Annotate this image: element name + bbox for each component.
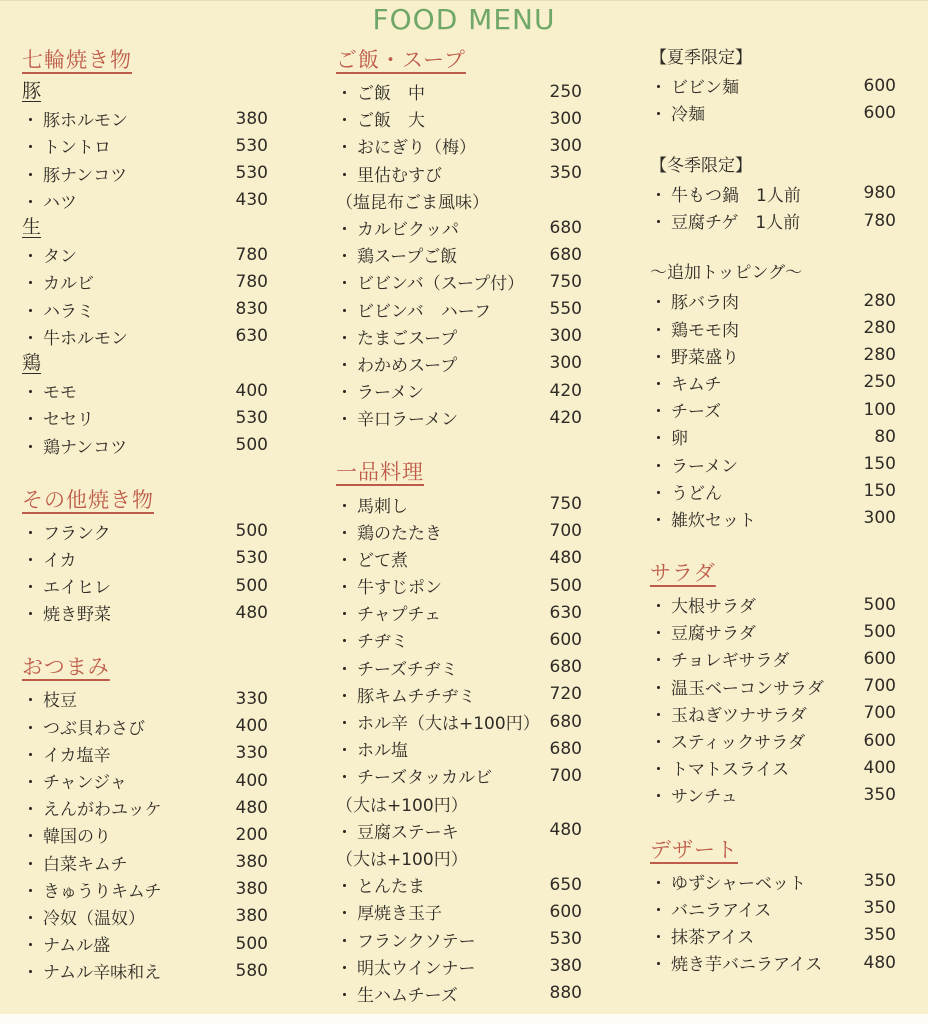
item-bullet: ・ [22, 741, 39, 766]
menu-item-row: ・生ハムチーズ880 [336, 980, 582, 1007]
item-note-text: （大は+100円） [336, 845, 468, 870]
item-price: 380 [236, 109, 268, 129]
menu-item-row: ・チーズ100 [650, 396, 896, 423]
item-name: 豆腐チゲ 1人前 [671, 208, 800, 233]
menu-item-row: ・明太ウインナー380 [336, 953, 582, 980]
item-bullet: ・ [22, 433, 39, 458]
item-name: 里估むすび [357, 161, 442, 186]
item-bullet: ・ [336, 351, 353, 376]
item-price: 830 [236, 299, 268, 319]
item-bullet: ・ [336, 954, 353, 979]
item-bullet: ・ [22, 378, 39, 403]
item-price: 350 [864, 898, 896, 918]
item-name-wrap: ・わかめスープ [336, 351, 457, 376]
menu-item-row: ・里估むすび350 [336, 160, 582, 187]
item-price: 500 [236, 934, 268, 954]
section-heading: ご飯・スープ [336, 45, 582, 75]
item-name-wrap: ・ホル辛（大は+100円） [336, 709, 540, 734]
item-name: わかめスープ [357, 351, 457, 376]
item-name-wrap: ・辛口ラーメン [336, 405, 458, 430]
item-price: 280 [864, 291, 896, 311]
menu-item-row: ・豆腐チゲ 1人前780 [650, 207, 896, 234]
item-bullet: ・ [650, 316, 667, 341]
item-bullet: ・ [650, 397, 667, 422]
item-name: 豚キムチチヂミ [357, 682, 476, 707]
item-name: うどん [671, 479, 722, 504]
item-bullet: ・ [336, 573, 353, 598]
item-name: チーズチヂミ [357, 655, 458, 680]
item-price: 720 [550, 684, 582, 704]
menu-item-row: ・牛すじポン500 [336, 572, 582, 599]
item-name-wrap: ・豆腐チゲ 1人前 [650, 208, 800, 233]
item-bullet: ・ [336, 872, 353, 897]
menu-item-row: ・鶏ナンコツ500 [22, 431, 268, 458]
item-price: 680 [550, 712, 582, 732]
item-name: モモ [43, 378, 77, 403]
item-price: 530 [236, 408, 268, 428]
item-name: 冷麺 [671, 100, 705, 125]
item-name-wrap: ・スティックサラダ [650, 728, 805, 753]
item-name-wrap: ・豚バラ肉 [650, 288, 739, 313]
item-name-wrap: ・牛もつ鍋 1人前 [650, 181, 801, 206]
item-name-wrap: ・フランクソテー [336, 927, 476, 952]
item-name-wrap: ・トントロ [22, 133, 111, 158]
menu-item-row: ・とんたま650 [336, 871, 582, 898]
menu-item-row: ・ホル塩680 [336, 735, 582, 762]
menu-item-row: ・厚焼き玉子600 [336, 898, 582, 925]
menu-item-row: ・カルビ780 [22, 268, 268, 295]
menu-item-row: ・ご飯 中250 [336, 78, 582, 105]
item-name-wrap: ・イカ [22, 546, 77, 571]
menu-column-center: ご飯・スープ・ご飯 中250・ご飯 大300・おにぎり（梅）300・里估むすび3… [336, 1, 582, 1007]
menu-item-row: ・フランクソテー530 [336, 925, 582, 952]
section-heading: その他焼き物 [22, 485, 268, 515]
item-name-wrap: ・キムチ [650, 370, 722, 395]
item-name: ご飯 大 [357, 106, 425, 131]
item-name: 鶏モモ肉 [671, 316, 739, 341]
item-name: 枝豆 [43, 686, 77, 711]
item-bullet: ・ [22, 161, 39, 186]
item-name-wrap: ・うどん [650, 479, 722, 504]
item-name-wrap: ・サンチュ [650, 782, 738, 807]
item-name: チョレギサラダ [671, 646, 789, 671]
item-bullet: ・ [336, 818, 353, 843]
item-name-wrap: ・チヂミ [336, 627, 408, 652]
item-bullet: ・ [336, 378, 353, 403]
menu-section: 七輪焼き物豚・豚ホルモン380・トントロ530・豚ナンコツ530・ハツ430生・… [22, 45, 268, 459]
menu-item-row: ・焼き野菜480 [22, 599, 268, 626]
item-price: 750 [550, 494, 582, 514]
item-bullet: ・ [650, 479, 667, 504]
item-bullet: ・ [336, 133, 353, 158]
item-bullet: ・ [650, 950, 667, 975]
menu-item-row: ・ホル辛（大は+100円）680 [336, 708, 582, 735]
item-name-wrap: ・韓国のり [22, 822, 111, 847]
menu-item-row: ・チャプチェ630 [336, 599, 582, 626]
menu-item-row: ・どて煮480 [336, 545, 582, 572]
item-name-wrap: ・ご飯 大 [336, 106, 425, 131]
menu-item-row: ・イカ塩辛330 [22, 740, 268, 767]
item-name-wrap: ・豚ホルモン [22, 106, 128, 131]
item-price: 200 [236, 825, 268, 845]
item-bullet: ・ [336, 492, 353, 517]
menu-item-row: ・セセリ530 [22, 404, 268, 431]
item-price: 500 [236, 521, 268, 541]
menu-item-row: ・豚ナンコツ530 [22, 160, 268, 187]
item-bullet: ・ [336, 981, 353, 1006]
menu-item-row: ・豆腐サラダ500 [650, 618, 896, 645]
item-name-wrap: ・雑炊セット [650, 506, 756, 531]
menu-item-row: ・豚ホルモン380 [22, 105, 268, 132]
item-price: 680 [550, 657, 582, 677]
item-price: 680 [550, 245, 582, 265]
item-name: チャンジャ [43, 768, 127, 793]
item-name: ラーメン [357, 378, 424, 403]
item-name-wrap: ・ビビンバ（スープ付） [336, 269, 524, 294]
item-bullet: ・ [22, 324, 39, 349]
item-name: タン [43, 242, 77, 267]
item-name-wrap: ・フランク [22, 519, 111, 544]
item-price: 780 [236, 272, 268, 292]
item-price: 150 [864, 454, 896, 474]
item-price: 300 [550, 109, 582, 129]
item-price: 480 [550, 820, 582, 840]
menu-item-row: ・白菜キムチ380 [22, 849, 268, 876]
item-name: 牛もつ鍋 1人前 [671, 181, 801, 206]
item-price: 300 [864, 508, 896, 528]
item-price: 580 [236, 961, 268, 981]
menu-item-note: （大は+100円） [336, 790, 582, 817]
item-bullet: ・ [336, 297, 353, 322]
item-price: 530 [550, 929, 582, 949]
menu-item-row: ・チョレギサラダ600 [650, 645, 896, 672]
item-bullet: ・ [336, 215, 353, 240]
item-bullet: ・ [650, 506, 667, 531]
menu-item-row: ・イカ530 [22, 545, 268, 572]
item-name: たまごスープ [357, 324, 457, 349]
item-name: 大根サラダ [671, 592, 756, 617]
item-price: 480 [236, 603, 268, 623]
item-name-wrap: ・ナムル盛 [22, 931, 110, 956]
item-name-wrap: ・バニラアイス [650, 896, 771, 921]
subsection-heading: 鶏 [22, 350, 268, 377]
menu-section: 一品料理・馬刺し750・鶏のたたき700・どて煮480・牛すじポン500・チャプ… [336, 457, 582, 1007]
item-bullet: ・ [336, 899, 353, 924]
item-bullet: ・ [650, 73, 667, 98]
item-name-wrap: ・抹茶アイス [650, 923, 754, 948]
item-name-wrap: ・カルビクッパ [336, 215, 459, 240]
menu-item-row: ・キムチ250 [650, 369, 896, 396]
item-price: 480 [864, 953, 896, 973]
menu-item-note: （大は+100円） [336, 844, 582, 871]
item-name: ご飯 中 [357, 79, 425, 104]
item-bullet: ・ [22, 269, 39, 294]
item-price: 380 [236, 879, 268, 899]
item-bullet: ・ [336, 106, 353, 131]
item-name: 焼き芋バニラアイス [671, 950, 822, 975]
menu-section: 【夏季限定】・ビビン麺600・冷麺600 [650, 45, 896, 127]
item-price: 700 [550, 521, 582, 541]
item-name: サンチュ [671, 782, 738, 807]
item-name-wrap: ・豆腐サラダ [650, 619, 756, 644]
item-price: 500 [550, 576, 582, 596]
item-bullet: ・ [650, 896, 667, 921]
item-bullet: ・ [650, 370, 667, 395]
item-bullet: ・ [22, 600, 39, 625]
menu-item-row: ・ビビンバ ハーフ550 [336, 296, 582, 323]
item-price: 250 [550, 82, 582, 102]
item-name: 豚ナンコツ [43, 161, 127, 186]
menu-item-row: ・玉ねぎツナサラダ700 [650, 700, 896, 727]
menu-item-row: ・韓国のり200 [22, 821, 268, 848]
item-name-wrap: ・焼き芋バニラアイス [650, 950, 822, 975]
item-name: ホル辛（大は+100円） [357, 709, 540, 734]
item-name: 厚焼き玉子 [357, 899, 442, 924]
item-name: カルビ [43, 269, 94, 294]
item-name-wrap: ・ビビンバ ハーフ [336, 297, 491, 322]
item-name-wrap: ・モモ [22, 378, 77, 403]
item-bullet: ・ [650, 782, 667, 807]
item-bullet: ・ [650, 288, 667, 313]
item-name-wrap: ・野菜盛り [650, 343, 739, 368]
menu-item-row: ・たまごスープ300 [336, 323, 582, 350]
menu-item-row: ・ハラミ830 [22, 296, 268, 323]
menu-item-row: ・豚バラ肉280 [650, 287, 896, 314]
item-price: 430 [236, 190, 268, 210]
menu-section: その他焼き物・フランク500・イカ530・エイヒレ500・焼き野菜480 [22, 485, 268, 627]
item-price: 400 [236, 381, 268, 401]
item-bullet: ・ [22, 546, 39, 571]
item-price: 780 [236, 245, 268, 265]
item-bullet: ・ [650, 343, 667, 368]
item-name: えんがわユッケ [43, 795, 162, 820]
item-bullet: ・ [336, 519, 353, 544]
item-name-wrap: ・焼き野菜 [22, 600, 111, 625]
menu-section: おつまみ・枝豆330・つぶ貝わさび400・イカ塩辛330・チャンジャ400・えん… [22, 652, 268, 984]
menu-item-row: ・チーズタッカルビ700 [336, 762, 582, 789]
item-name: ビビンバ（スープ付） [357, 269, 524, 294]
menu-item-row: ・つぶ貝わさび400 [22, 713, 268, 740]
item-price: 350 [864, 925, 896, 945]
item-name-wrap: ・豆腐ステーキ [336, 818, 459, 843]
item-name: イカ塩辛 [43, 741, 111, 766]
item-bullet: ・ [650, 619, 667, 644]
menu-item-row: ・ハツ430 [22, 187, 268, 214]
item-price: 630 [236, 326, 268, 346]
item-bullet: ・ [650, 100, 667, 125]
section-heading: 【冬季限定】 [650, 153, 896, 180]
bottom-margin-strip [0, 1014, 928, 1024]
item-bullet: ・ [336, 546, 353, 571]
item-price: 700 [864, 676, 896, 696]
item-name-wrap: ・ラーメン [336, 378, 424, 403]
item-price: 350 [864, 871, 896, 891]
item-bullet: ・ [22, 133, 39, 158]
menu-item-row: ・ナムル辛味和え580 [22, 957, 268, 984]
item-price: 630 [550, 603, 582, 623]
menu-item-row: ・えんがわユッケ480 [22, 794, 268, 821]
item-name-wrap: ・ホル塩 [336, 736, 408, 761]
item-bullet: ・ [336, 324, 353, 349]
menu-item-row: ・エイヒレ500 [22, 572, 268, 599]
item-price: 100 [864, 400, 896, 420]
item-price: 500 [864, 595, 896, 615]
menu-item-row: ・ビビンバ（スープ付）750 [336, 268, 582, 295]
item-name: きゅうりキムチ [43, 877, 162, 902]
item-name-wrap: ・豚ナンコツ [22, 161, 127, 186]
item-name: 生ハムチーズ [357, 981, 458, 1006]
item-name: 豚ホルモン [43, 106, 128, 131]
item-name: ラーメン [671, 452, 738, 477]
item-price: 550 [550, 299, 582, 319]
item-name-wrap: ・ラーメン [650, 452, 738, 477]
item-name: 豚バラ肉 [671, 288, 739, 313]
item-note-text: （塩昆布ごま風味） [336, 188, 489, 213]
item-name-wrap: ・ナムル辛味和え [22, 958, 161, 983]
item-bullet: ・ [336, 709, 353, 734]
item-name: セセリ [43, 405, 94, 430]
subsection-heading: 豚 [22, 78, 268, 105]
section-heading: おつまみ [22, 652, 268, 682]
item-name-wrap: ・チーズチヂミ [336, 655, 458, 680]
menu-item-row: ・カルビクッパ680 [336, 214, 582, 241]
item-price: 500 [864, 622, 896, 642]
item-price: 700 [864, 703, 896, 723]
item-price: 600 [550, 630, 582, 650]
item-name: 鶏のたたき [357, 519, 442, 544]
item-name-wrap: ・鶏スープご飯 [336, 242, 457, 267]
item-name-wrap: ・鶏ナンコツ [22, 433, 127, 458]
item-name-wrap: ・セセリ [22, 405, 94, 430]
menu-item-row: ・モモ400 [22, 377, 268, 404]
item-bullet: ・ [650, 701, 667, 726]
item-name: キムチ [671, 370, 722, 395]
item-bullet: ・ [336, 79, 353, 104]
item-name: ナムル辛味和え [43, 958, 161, 983]
item-price: 500 [236, 576, 268, 596]
item-name: 牛すじポン [357, 573, 442, 598]
section-heading: 七輪焼き物 [22, 45, 268, 75]
item-price: 980 [864, 183, 896, 203]
item-name-wrap: ・ハラミ [22, 297, 94, 322]
item-bullet: ・ [336, 405, 353, 430]
item-price: 280 [864, 345, 896, 365]
item-name-wrap: ・カルビ [22, 269, 94, 294]
item-name-wrap: ・牛ホルモン [22, 324, 128, 349]
item-name: ホル塩 [357, 736, 408, 761]
item-name: 韓国のり [43, 822, 111, 847]
item-bullet: ・ [650, 181, 667, 206]
menu-item-row: ・スティックサラダ600 [650, 727, 896, 754]
item-bullet: ・ [650, 424, 667, 449]
item-name: どて煮 [357, 546, 408, 571]
item-bullet: ・ [22, 904, 39, 929]
item-price: 150 [864, 481, 896, 501]
item-price: 420 [550, 381, 582, 401]
item-name: カルビクッパ [357, 215, 459, 240]
item-name-wrap: ・馬刺し [336, 492, 408, 517]
item-name: ハツ [43, 188, 77, 213]
item-name-wrap: ・温玉ベーコンサラダ [650, 674, 824, 699]
menu-item-row: ・鶏のたたき700 [336, 518, 582, 545]
item-bullet: ・ [22, 686, 39, 711]
item-price: 530 [236, 163, 268, 183]
item-bullet: ・ [650, 755, 667, 780]
item-bullet: ・ [22, 850, 39, 875]
item-bullet: ・ [22, 519, 39, 544]
menu-item-row: ・タン780 [22, 241, 268, 268]
item-price: 300 [550, 136, 582, 156]
item-bullet: ・ [336, 763, 353, 788]
item-name-wrap: ・きゅうりキムチ [22, 877, 162, 902]
item-name-wrap: ・チャプチェ [336, 600, 441, 625]
item-name-wrap: ・どて煮 [336, 546, 408, 571]
item-name-wrap: ・チーズ [650, 397, 721, 422]
menu-section: ～追加トッピング～・豚バラ肉280・鶏モモ肉280・野菜盛り280・キムチ250… [650, 260, 896, 532]
menu-item-note: （塩昆布ごま風味） [336, 187, 582, 214]
menu-item-row: ・温玉ベーコンサラダ700 [650, 673, 896, 700]
menu-item-row: ・抹茶アイス350 [650, 922, 896, 949]
item-name: 白菜キムチ [43, 850, 128, 875]
item-name-wrap: ・とんたま [336, 872, 425, 897]
item-name-wrap: ・トマトスライス [650, 755, 789, 780]
item-name: とんたま [357, 872, 425, 897]
subsection-heading: 生 [22, 214, 268, 241]
item-bullet: ・ [336, 242, 353, 267]
item-price: 480 [236, 798, 268, 818]
item-bullet: ・ [22, 877, 39, 902]
item-bullet: ・ [22, 795, 39, 820]
menu-section: サラダ・大根サラダ500・豆腐サラダ500・チョレギサラダ600・温玉ベーコンサ… [650, 558, 896, 809]
item-price: 780 [864, 211, 896, 231]
item-price: 380 [550, 956, 582, 976]
menu-item-row: ・バニラアイス350 [650, 895, 896, 922]
item-bullet: ・ [22, 822, 39, 847]
item-name-wrap: ・玉ねぎツナサラダ [650, 701, 807, 726]
item-name-wrap: ・イカ塩辛 [22, 741, 111, 766]
menu-item-row: ・わかめスープ300 [336, 350, 582, 377]
menu-column-right: 【夏季限定】・ビビン麺600・冷麺600【冬季限定】・牛もつ鍋 1人前980・豆… [650, 1, 896, 976]
section-heading: ～追加トッピング～ [650, 260, 896, 287]
section-heading: 【夏季限定】 [650, 45, 896, 72]
item-note-text: （大は+100円） [336, 791, 468, 816]
item-name-wrap: ・ハツ [22, 188, 77, 213]
item-price: 700 [550, 766, 582, 786]
item-name: 鶏ナンコツ [43, 433, 127, 458]
item-name: イカ [43, 546, 77, 571]
item-price: 600 [864, 103, 896, 123]
item-price: 680 [550, 739, 582, 759]
item-price: 300 [550, 353, 582, 373]
menu-item-row: ・馬刺し750 [336, 490, 582, 517]
item-price: 250 [864, 372, 896, 392]
item-name: ナムル盛 [43, 931, 110, 956]
item-name-wrap: ・チャンジャ [22, 768, 127, 793]
item-name-wrap: ・たまごスープ [336, 324, 457, 349]
item-name-wrap: ・明太ウインナー [336, 954, 476, 979]
item-name-wrap: ・タン [22, 242, 77, 267]
item-name: ビビン麺 [671, 73, 739, 98]
section-heading: デザート [650, 835, 896, 865]
section-heading: サラダ [650, 558, 896, 588]
menu-item-row: ・きゅうりキムチ380 [22, 876, 268, 903]
item-name-wrap: ・枝豆 [22, 686, 77, 711]
item-price: 380 [236, 906, 268, 926]
item-price: 80 [874, 427, 896, 447]
menu-section: デザート・ゆずシャーベット350・バニラアイス350・抹茶アイス350・焼き芋バ… [650, 835, 896, 977]
item-name-wrap: ・豚キムチチヂミ [336, 682, 476, 707]
item-name: 鶏スープご飯 [357, 242, 457, 267]
